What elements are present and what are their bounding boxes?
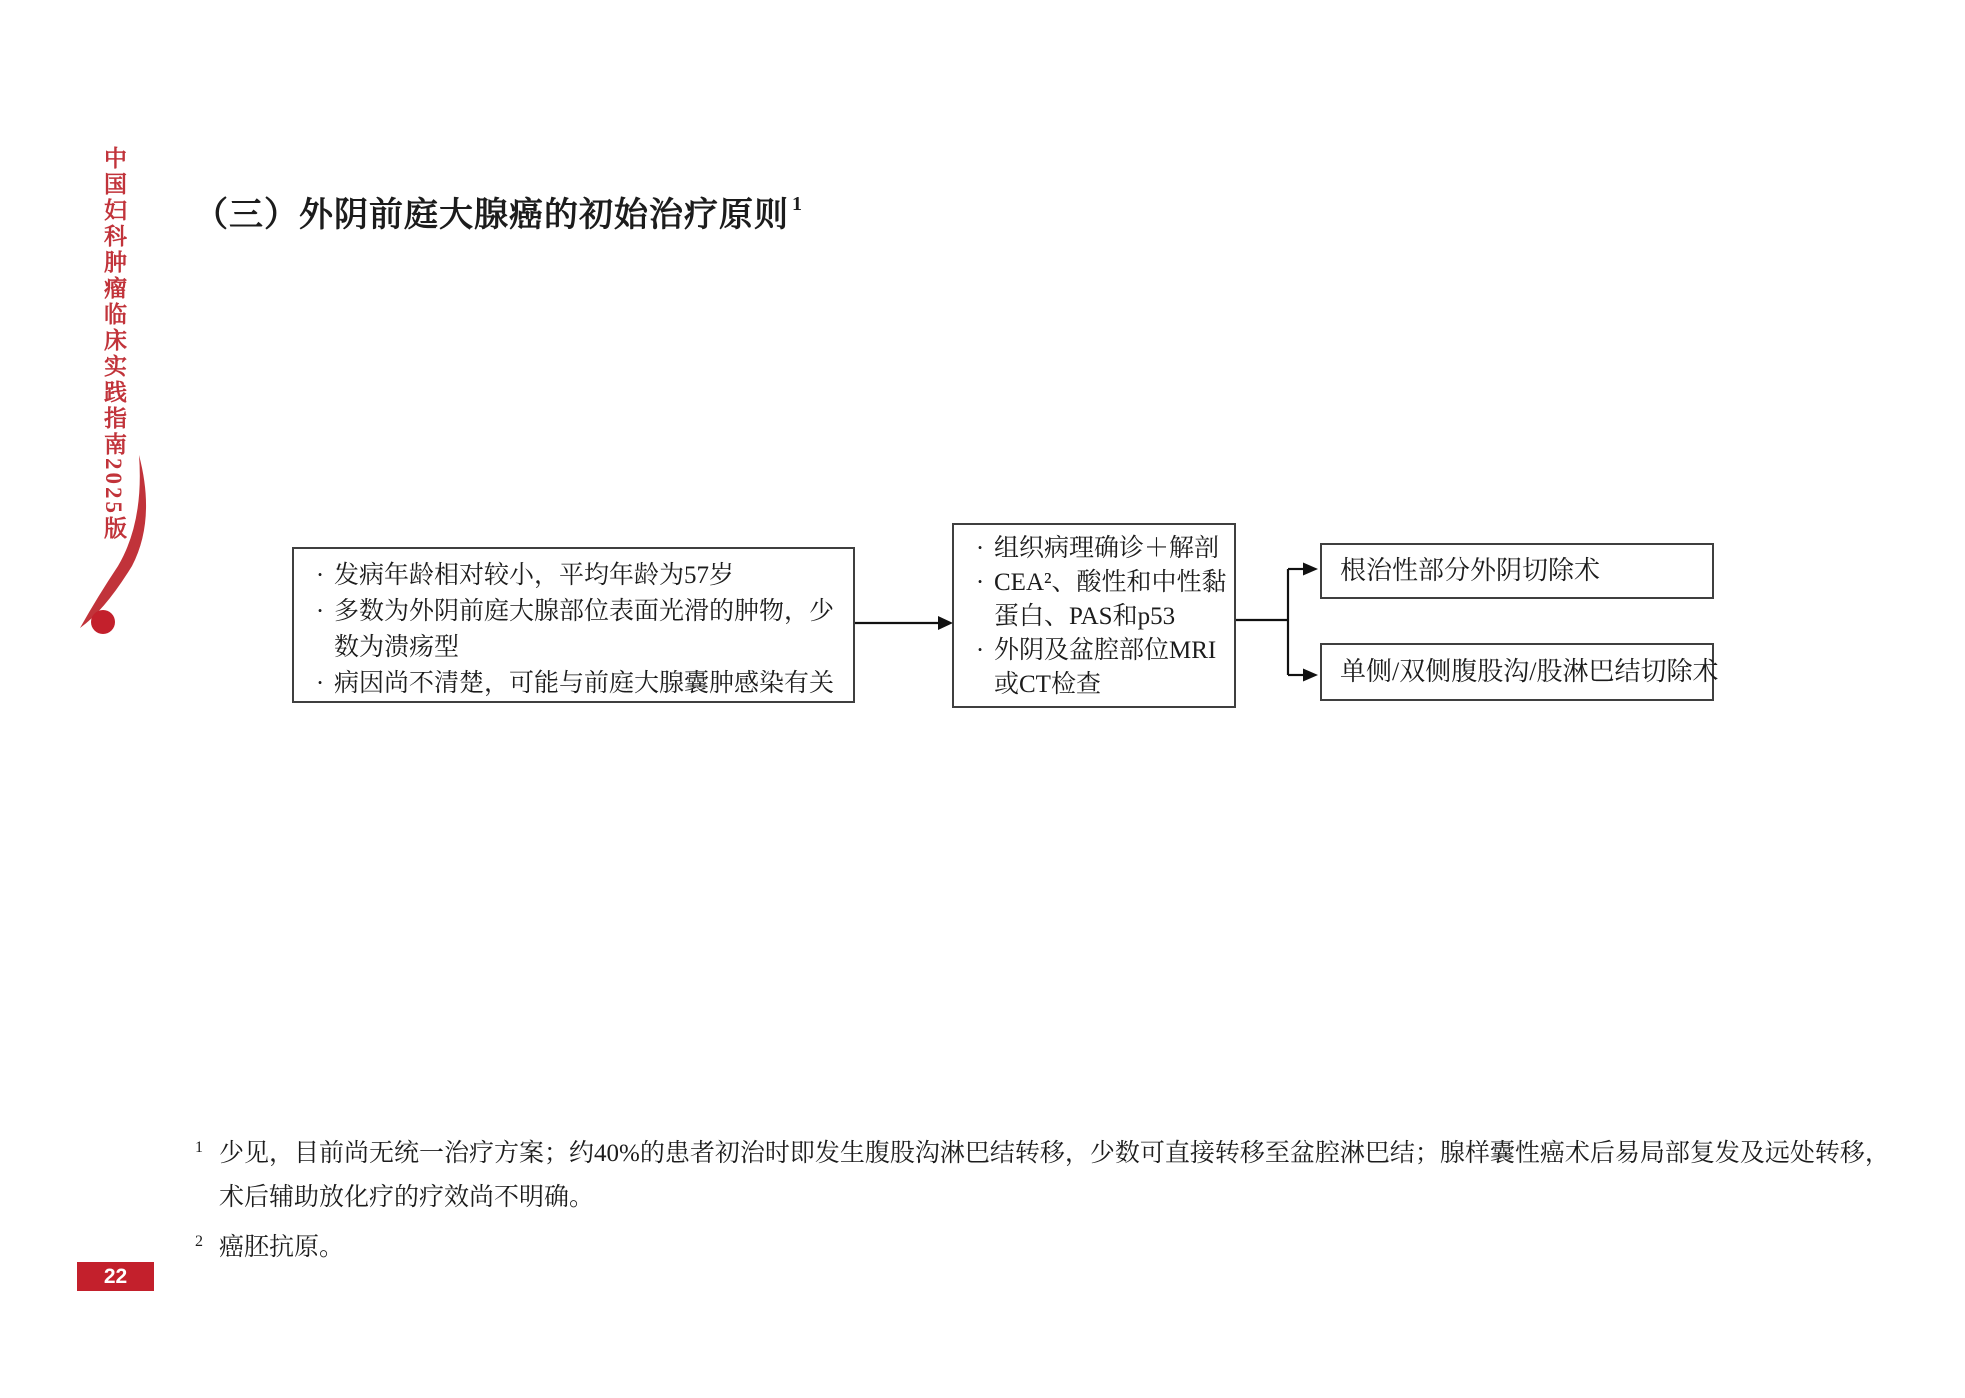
treatment-box-lymphadenectomy: 单侧/双侧腹股沟/股淋巴结切除术	[1320, 643, 1714, 701]
workup-item: ·CEA²、酸性和中性黏蛋白、PAS和p53	[966, 566, 1228, 634]
workup-item: ·外阴及盆腔部位MRI或CT检查	[966, 634, 1228, 702]
footnote-marker: 1	[195, 1126, 219, 1170]
treatment-label: 根治性部分外阴切除术	[1340, 553, 1600, 589]
bullet-icon: ·	[306, 558, 334, 594]
clinical-features-box: ·发病年龄相对较小，平均年龄为57岁 ·多数为外阴前庭大腺部位表面光滑的肿物，少…	[292, 547, 855, 703]
workup-item-text: CEA²、酸性和中性黏蛋白、PAS和p53	[994, 569, 1227, 630]
bullet-icon: ·	[306, 666, 334, 702]
footnote-marker: 2	[195, 1220, 219, 1264]
footnotes-section: 1少见，目前尚无统一治疗方案；约40%的患者初治时即发生腹股沟淋巴结转移，少数可…	[195, 1126, 1897, 1270]
arrowhead-icon	[1303, 669, 1318, 682]
treatment-box-vulvectomy: 根治性部分外阴切除术	[1320, 543, 1714, 599]
page-title-text: （三）外阴前庭大腺癌的初始治疗原则	[194, 197, 789, 234]
footnote-2: 2癌胚抗原。	[195, 1220, 1897, 1270]
feature-item: ·多数为外阴前庭大腺部位表面光滑的肿物，少数为溃疡型	[306, 594, 847, 666]
workup-item: ·组织病理确诊＋解剖	[966, 532, 1228, 566]
red-dot	[91, 610, 115, 634]
arrowhead-icon	[938, 616, 953, 630]
bullet-icon: ·	[966, 566, 994, 600]
feature-item: ·病因尚不清楚，可能与前庭大腺囊肿感染有关	[306, 666, 847, 702]
swoosh-curve	[80, 455, 146, 628]
footnote-text: 少见，目前尚无统一治疗方案；约40%的患者初治时即发生腹股沟淋巴结转移，少数可直…	[219, 1140, 1890, 1211]
bullet-icon: ·	[306, 594, 334, 630]
page-number: 22	[104, 1265, 127, 1289]
workup-item-text: 组织病理确诊＋解剖	[994, 535, 1219, 562]
spine-swoosh-ornament	[68, 440, 168, 650]
page-title: （三）外阴前庭大腺癌的初始治疗原则1	[194, 187, 800, 236]
treatment-label: 单侧/双侧腹股沟/股淋巴结切除术	[1340, 654, 1718, 690]
feature-item-text: 病因尚不清楚，可能与前庭大腺囊肿感染有关	[334, 670, 834, 697]
footnote-text: 癌胚抗原。	[219, 1234, 344, 1261]
bullet-icon: ·	[966, 634, 994, 668]
bullet-icon: ·	[966, 532, 994, 566]
title-footnote-marker: 1	[792, 193, 803, 215]
feature-item-text: 多数为外阴前庭大腺部位表面光滑的肿物，少数为溃疡型	[334, 598, 834, 661]
diagnostic-workup-box: ·组织病理确诊＋解剖 ·CEA²、酸性和中性黏蛋白、PAS和p53 ·外阴及盆腔…	[952, 523, 1236, 708]
footnote-1: 1少见，目前尚无统一治疗方案；约40%的患者初治时即发生腹股沟淋巴结转移，少数可…	[195, 1126, 1897, 1220]
workup-item-text: 外阴及盆腔部位MRI或CT检查	[994, 637, 1216, 698]
arrowhead-icon	[1303, 563, 1318, 576]
page-number-badge: 22	[77, 1262, 154, 1291]
feature-item-text: 发病年龄相对较小，平均年龄为57岁	[334, 562, 734, 589]
feature-item: ·发病年龄相对较小，平均年龄为57岁	[306, 558, 847, 594]
